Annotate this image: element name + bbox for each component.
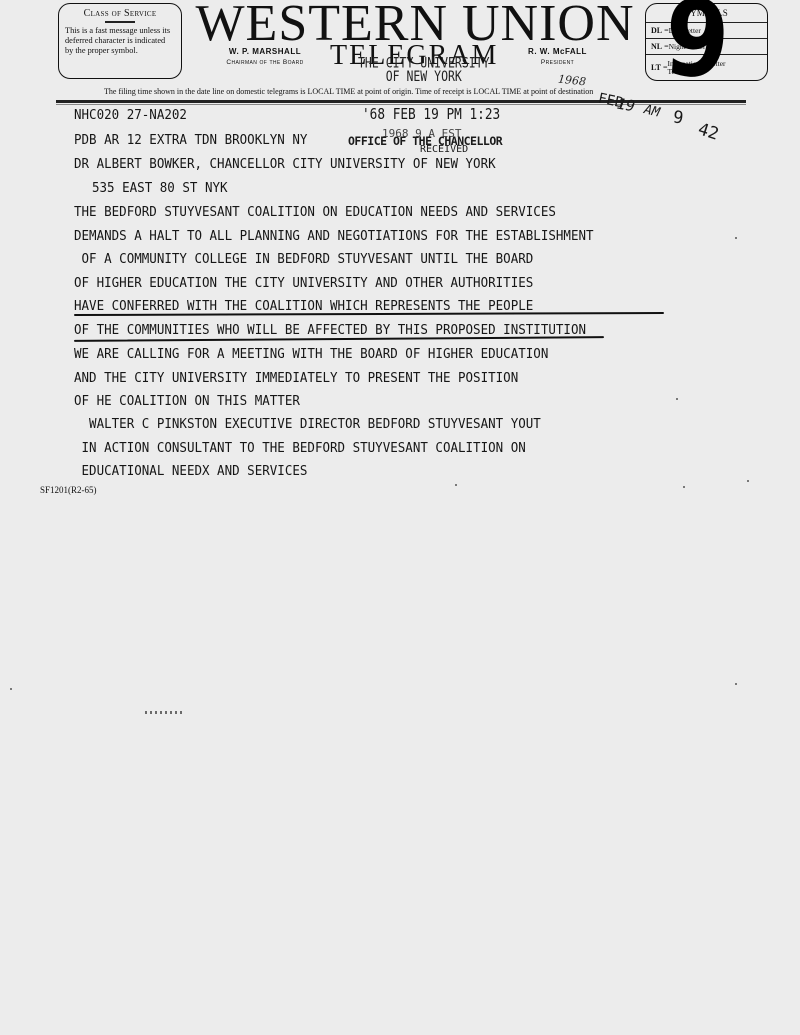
- president-block: R. W. McFALL President: [515, 47, 600, 66]
- chairman-block: W. P. MARSHALL Chairman of the Board: [215, 47, 315, 66]
- scan-speck: [676, 398, 678, 400]
- received-ampm-stamp: AM: [642, 102, 661, 120]
- body-line: OF A COMMUNITY COLLEGE IN BEDFORD STUYVE…: [74, 251, 533, 267]
- president-title: President: [515, 59, 600, 66]
- scan-speck: [735, 237, 737, 239]
- scan-speck: [683, 486, 685, 488]
- signature-line: WALTER C PINKSTON EXECUTIVE DIRECTOR BED…: [74, 416, 541, 432]
- scan-speck: [10, 688, 12, 690]
- handwritten-page-number: 9: [661, 0, 732, 95]
- signature-line: IN ACTION CONSULTANT TO THE BEDFORD STUY…: [74, 440, 526, 456]
- preamble: PDB AR 12 EXTRA TDN BROOKLYN NY: [74, 132, 307, 148]
- class-of-service-title: Class of Service: [65, 8, 175, 19]
- received-label: RECEIVED: [420, 144, 468, 155]
- scan-speck: [455, 484, 457, 486]
- received-minute-stamp: 42: [695, 119, 721, 144]
- body-line: OF THE COMMUNITIES WHO WILL BE AFFECTED …: [74, 322, 586, 338]
- scan-speck: [735, 683, 737, 685]
- received-day-stamp: 19: [616, 95, 637, 116]
- body-line: OF HIGHER EDUCATION THE CITY UNIVERSITY …: [74, 275, 533, 291]
- chairman-title: Chairman of the Board: [215, 59, 315, 66]
- message-id: NHC020 27-NA202: [74, 107, 187, 123]
- symbol-code: NL: [651, 42, 662, 51]
- university-stamp: THE CITY UNIVERSITY OF NEW YORK: [358, 57, 490, 83]
- addressee: DR ALBERT BOWKER, CHANCELLOR CITY UNIVER…: [74, 156, 496, 172]
- university-stamp-line2: OF NEW YORK: [358, 70, 490, 83]
- class-of-service-box: Class of Service This is a fast message …: [58, 3, 182, 79]
- symbol-code: DL: [651, 26, 662, 35]
- received-year-stamp: 1968: [557, 73, 586, 89]
- office-overprint: 1968 9 A EST: [382, 127, 461, 140]
- chairman-name: W. P. MARSHALL: [215, 47, 315, 56]
- divider: [105, 21, 135, 23]
- body-line: WE ARE CALLING FOR A MEETING WITH THE BO…: [74, 346, 548, 362]
- body-line: AND THE CITY UNIVERSITY IMMEDIATELY TO P…: [74, 370, 518, 386]
- symbol-code: LT: [651, 63, 661, 72]
- form-number: SF1201(R2-65): [40, 485, 97, 495]
- address: 535 EAST 80 ST NYK: [92, 180, 228, 196]
- received-hour-stamp: 9: [672, 107, 685, 128]
- scan-speck: [747, 480, 749, 482]
- body-line: THE BEDFORD STUYVESANT COALITION ON EDUC…: [74, 204, 556, 220]
- scan-smudge: [145, 711, 185, 714]
- body-line: DEMANDS A HALT TO ALL PLANNING AND NEGOT…: [74, 228, 594, 244]
- header-rule: [56, 100, 746, 103]
- class-of-service-text: This is a fast message unless its deferr…: [65, 26, 175, 56]
- filing-notice: The filing time shown in the date line o…: [104, 87, 593, 96]
- date-time: '68 FEB 19 PM 1:23: [362, 105, 500, 123]
- body-line: OF HE COALITION ON THIS MATTER: [74, 393, 300, 409]
- president-name: R. W. McFALL: [515, 47, 600, 56]
- signature-line: EDUCATIONAL NEEDX AND SERVICES: [74, 463, 307, 479]
- body-line: HAVE CONFERRED WITH THE COALITION WHICH …: [74, 298, 533, 314]
